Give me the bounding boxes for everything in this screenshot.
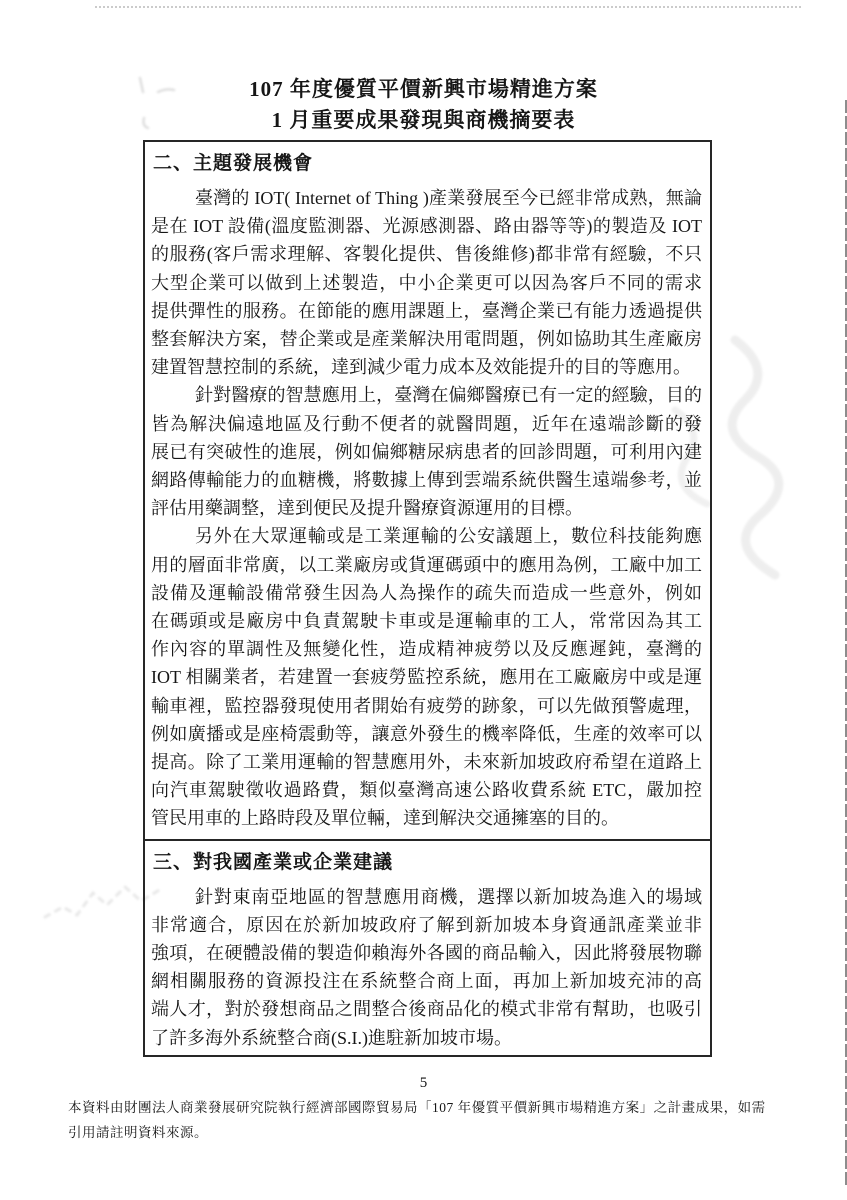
text-line: 輸車裡，監控器發現使用者開始有疲勞的跡象，可以先做預警處理， bbox=[151, 692, 702, 720]
text-line: 提供彈性的服務。在節能的應用課題上，臺灣企業已有能力透過提供 bbox=[151, 297, 702, 325]
text-line: 非常適合，原因在於新加坡政府了解到新加坡本身資通訊產業並非 bbox=[151, 911, 702, 939]
text-line: 作內容的單調性及無變化性，造成精神疲勞以及反應遲鈍，臺灣的 bbox=[151, 635, 702, 663]
text-line: 大型企業可以做到上述製造，中小企業更可以因為客戶不同的需求 bbox=[151, 269, 702, 297]
paragraph: 針對東南亞地區的智慧應用商機，選擇以新加坡為進入的場域非常適合，原因在於新加坡政… bbox=[151, 883, 702, 1052]
text-line: 是在 IOT 設備(溫度監測器、光源感測器、路由器等等)的製造及 IOT bbox=[151, 212, 702, 240]
summary-box: 二、主題發展機會臺灣的 IOT( Internet of Thing )產業發展… bbox=[143, 140, 712, 1057]
paragraph: 針對醫療的智慧應用上，臺灣在偏鄉醫療已有一定的經驗，目的皆為解決偏遠地區及行動不… bbox=[151, 381, 702, 522]
footnote-line: 引用請註明資料來源。 bbox=[68, 1121, 790, 1146]
text-line: 強項，在硬體設備的製造仰賴海外各國的商品輸入，因此將發展物聯 bbox=[151, 939, 702, 967]
text-line: 另外在大眾運輸或是工業運輸的公安議題上，數位科技能夠應 bbox=[151, 522, 702, 550]
text-line: 提高。除了工業用運輸的智慧應用外，未來新加坡政府希望在道路上 bbox=[151, 748, 702, 776]
document-page: 107 年度優質平價新興市場精進方案 1 月重要成果發現與商機摘要表 二、主題發… bbox=[0, 0, 847, 1200]
paragraph: 臺灣的 IOT( Internet of Thing )產業發展至今已經非常成熟… bbox=[151, 184, 702, 381]
text-line: 設備及運輸設備常發生因為人為操作的疏失而造成一些意外，例如 bbox=[151, 579, 702, 607]
text-line: 針對東南亞地區的智慧應用商機，選擇以新加坡為進入的場域 bbox=[151, 883, 702, 911]
text-line: 例如廣播或是座椅震動等，讓意外發生的機率降低，生產的效率可以 bbox=[151, 720, 702, 748]
section: 三、對我國產業或企業建議針對東南亞地區的智慧應用商機，選擇以新加坡為進入的場域非… bbox=[145, 839, 710, 1057]
text-line: 用的層面非常廣，以工業廠房或貨運碼頭中的應用為例，工廠中加工 bbox=[151, 551, 702, 579]
text-line: 評估用藥調整，達到便民及提升醫療資源運用的目標。 bbox=[151, 494, 702, 522]
document-title-line1: 107 年度優質平價新興市場精進方案 bbox=[0, 74, 847, 105]
text-line: 針對醫療的智慧應用上，臺灣在偏鄉醫療已有一定的經驗，目的 bbox=[151, 381, 702, 409]
text-line: 網相關服務的資源投注在系統整合商上面，再加上新加坡充沛的高 bbox=[151, 967, 702, 995]
scan-dotted-line bbox=[95, 6, 801, 8]
document-title: 107 年度優質平價新興市場精進方案 1 月重要成果發現與商機摘要表 bbox=[0, 74, 847, 136]
text-line: 在碼頭或是廠房中負責駕駛卡車或是運輸車的工人，常常因為其工 bbox=[151, 607, 702, 635]
text-line: 整套解決方案，替企業或是產業解決用電問題，例如協助其生產廠房 bbox=[151, 325, 702, 353]
text-line: 管民用車的上路時段及單位輛，達到解決交通擁塞的目的。 bbox=[151, 804, 702, 832]
text-line: 的服務(客戶需求理解、客製化提供、售後維修)都非常有經驗，不只 bbox=[151, 240, 702, 268]
text-line: 了許多海外系統整合商(S.I.)進駐新加坡市場。 bbox=[151, 1024, 702, 1052]
section-heading: 二、主題發展機會 bbox=[153, 149, 702, 179]
document-title-line2: 1 月重要成果發現與商機摘要表 bbox=[0, 105, 847, 136]
text-line: 端人才，對於發想商品之間整合後商品化的模式非常有幫助，也吸引 bbox=[151, 995, 702, 1023]
section: 二、主題發展機會臺灣的 IOT( Internet of Thing )產業發展… bbox=[145, 142, 710, 839]
paragraph: 另外在大眾運輸或是工業運輸的公安議題上，數位科技能夠應用的層面非常廣，以工業廠房… bbox=[151, 522, 702, 832]
text-line: 展已有突破性的進展，例如偏鄉糖尿病患者的回診問題，可利用內建 bbox=[151, 438, 702, 466]
text-line: 皆為解決偏遠地區及行動不便者的就醫問題，近年在遠端診斷的發 bbox=[151, 410, 702, 438]
footnote: 本資料由財團法人商業發展研究院執行經濟部國際貿易局「107 年優質平價新興市場精… bbox=[68, 1096, 790, 1145]
page-number: 5 bbox=[0, 1074, 847, 1092]
text-line: 臺灣的 IOT( Internet of Thing )產業發展至今已經非常成熟… bbox=[151, 184, 702, 212]
text-line: IOT 相關業者，若建置一套疲勞監控系統，應用在工廠廠房中或是運 bbox=[151, 663, 702, 691]
text-line: 建置智慧控制的系統，達到減少電力成本及效能提升的目的等應用。 bbox=[151, 353, 702, 381]
text-line: 網路傳輸能力的血糖機，將數據上傳到雲端系統供醫生遠端參考，並 bbox=[151, 466, 702, 494]
section-heading: 三、對我國產業或企業建議 bbox=[153, 848, 702, 878]
footnote-line: 本資料由財團法人商業發展研究院執行經濟部國際貿易局「107 年優質平價新興市場精… bbox=[68, 1096, 790, 1121]
text-line: 向汽車駕駛徵收過路費，類似臺灣高速公路收費系統 ETC，嚴加控 bbox=[151, 776, 702, 804]
